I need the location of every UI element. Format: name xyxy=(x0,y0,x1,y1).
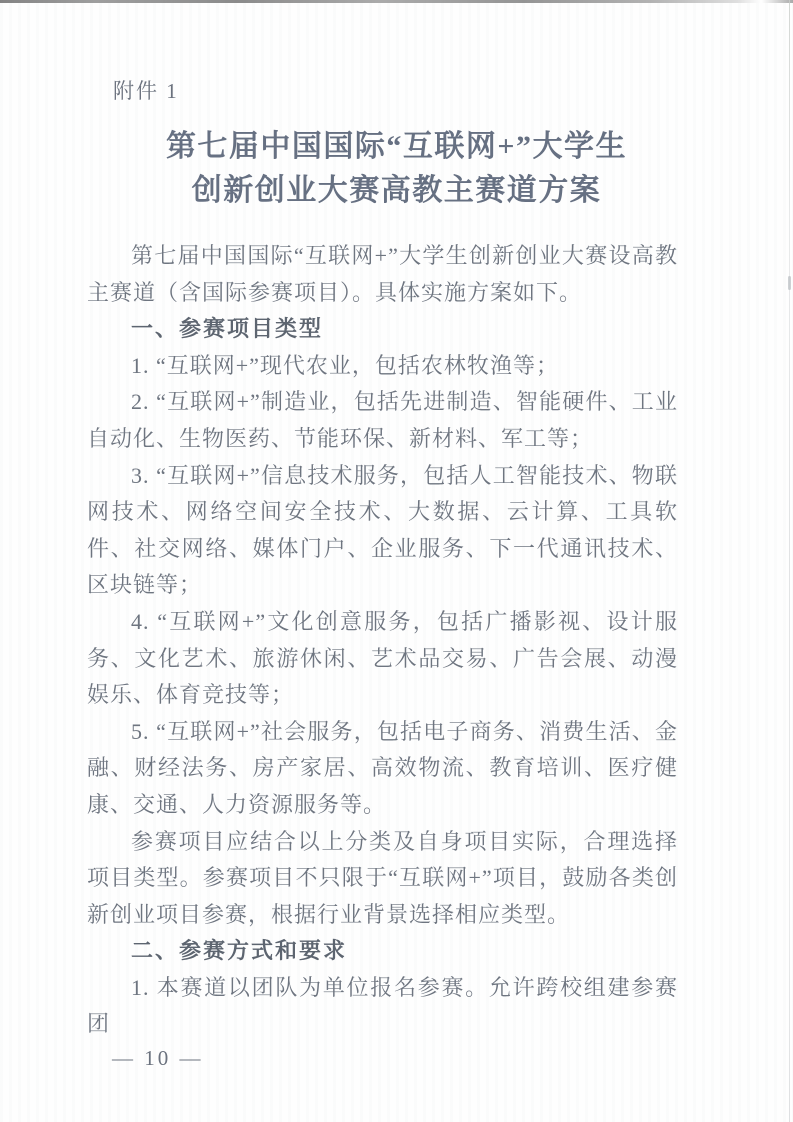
intro-paragraph: 第七届中国国际“互联网+”大学生创新创业大赛设高教主赛道（含国际参赛项目）。具体… xyxy=(87,238,678,311)
project-type-item-4: 4. “互联网+”文化创意服务，包括广播影视、设计服务、文化艺术、旅游休闲、艺术… xyxy=(87,604,678,714)
attachment-label: 附件 1 xyxy=(113,78,793,104)
scan-top-edge-artifact xyxy=(0,0,793,3)
project-type-item-3: 3. “互联网+”信息技术服务，包括人工智能技术、物联网技术、网络空间安全技术、… xyxy=(87,458,678,604)
type-selection-paragraph: 参赛项目应结合以上分类及自身项目实际，合理选择项目类型。参赛项目不只限于“互联网… xyxy=(87,824,678,934)
section-2-heading: 二、参赛方式和要求 xyxy=(87,933,678,970)
document-title-line-1: 第七届中国国际“互联网+”大学生 xyxy=(0,125,793,169)
section-1-heading: 一、参赛项目类型 xyxy=(87,311,678,348)
document-body: 第七届中国国际“互联网+”大学生创新创业大赛设高教主赛道（含国际参赛项目）。具体… xyxy=(87,238,678,1043)
document-title: 第七届中国国际“互联网+”大学生 创新创业大赛高教主赛道方案 xyxy=(0,125,793,213)
project-type-item-2: 2. “互联网+”制造业，包括先进制造、智能硬件、工业自动化、生物医药、节能环保… xyxy=(87,384,678,457)
project-type-item-5: 5. “互联网+”社会服务，包括电子商务、消费生活、金融、财经法务、房产家居、高… xyxy=(87,714,678,824)
page-number: — 10 — xyxy=(112,1046,793,1071)
scan-right-edge-mark xyxy=(788,276,791,290)
project-type-item-1: 1. “互联网+”现代农业，包括农林牧渔等； xyxy=(87,348,678,385)
document-title-line-2: 创新创业大赛高教主赛道方案 xyxy=(0,169,793,213)
team-requirement-paragraph: 1. 本赛道以团队为单位报名参赛。允许跨校组建参赛团 xyxy=(87,970,678,1043)
scan-right-edge-artifact xyxy=(789,0,790,1122)
scanned-document-page: 附件 1 第七届中国国际“互联网+”大学生 创新创业大赛高教主赛道方案 第七届中… xyxy=(0,0,793,1122)
